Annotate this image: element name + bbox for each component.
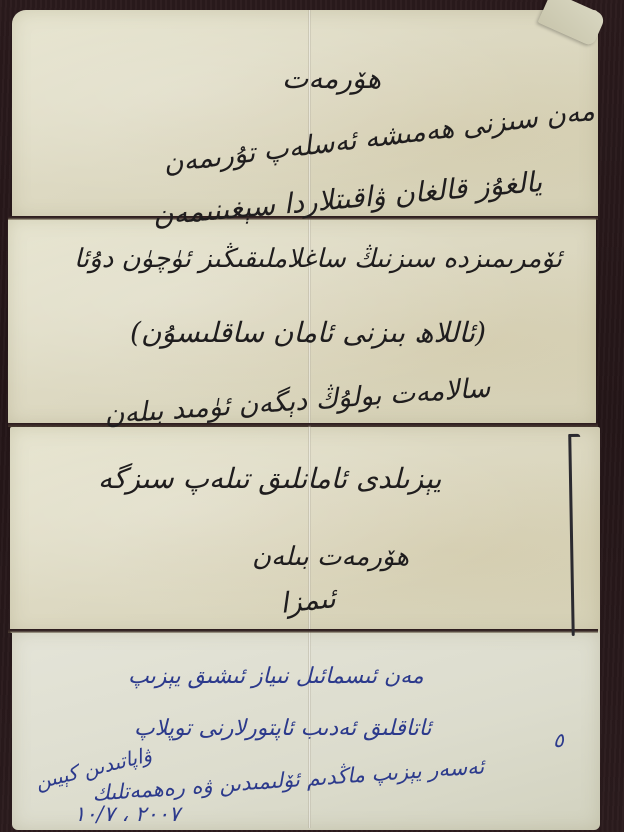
handwritten-signature: ئىمزا [278,581,337,620]
horizontal-fold-crease [8,423,598,427]
blue-note-line: مەن ئىسمائىل نىياز ئىشىق يېزىپ [128,664,424,689]
handwritten-line: ئۆمرىمىزدە سىزنىڭ ساغلاملىقىڭىز ئۈچۈن دۇ… [74,244,562,274]
blue-note-mark: ٥ [553,728,564,752]
horizontal-fold-crease [8,629,598,633]
handwritten-line: ھۆرمەت بىلەن [252,542,409,572]
blue-note-line: ئاتاقلىق ئەدىب ئاپتورلارنى توپلاپ [134,716,432,741]
handwritten-line: ھۆرمەت [282,62,381,95]
folded-letter: ھۆرمەت مەن سىزنى ھەمىشە ئەسلەپ تۇرىمەن ي… [12,4,600,830]
blue-note-date: ٢٠٠٧ ، ١٠/٧ [74,802,180,826]
handwritten-line: (ئاللاھ بىزنى ئامان ساقلىسۇن) [130,316,486,349]
handwritten-line: يېزىلدى ئامانلىق تىلەپ سىزگە [98,462,441,495]
